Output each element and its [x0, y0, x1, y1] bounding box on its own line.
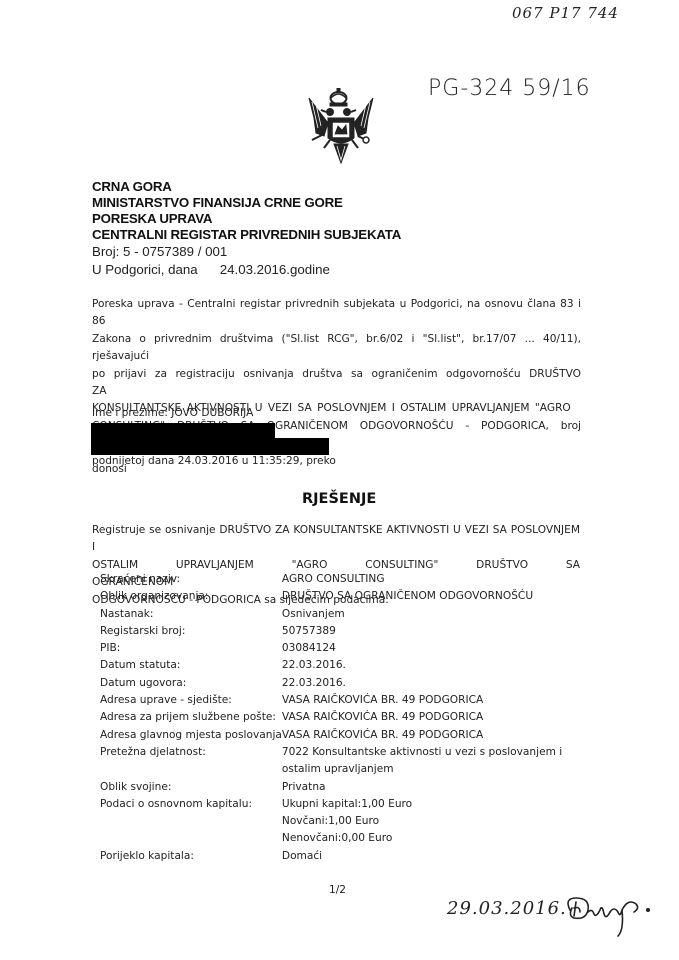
- field-row: PIB:03084124: [100, 640, 622, 657]
- intro-line: Poreska uprava - Centralni registar priv…: [92, 296, 581, 331]
- intro-line: po prijavi za registraciju osnivanja dru…: [92, 366, 581, 401]
- redacted-block: [91, 438, 329, 455]
- page-number: 1/2: [329, 882, 346, 899]
- field-row: Registarski broj:50757389: [100, 623, 622, 640]
- field-value-line: Ukupni kapital:1,00 Euro: [282, 796, 622, 813]
- field-value: Osnivanjem: [282, 606, 622, 623]
- header-country: CRNA GORA: [92, 179, 401, 195]
- field-label: Oblik organizovanja:: [100, 588, 282, 605]
- field-value-line: Osnivanjem: [282, 606, 622, 623]
- handwritten-case-number: PG-324 59/16: [428, 76, 591, 101]
- field-value-line: 03084124: [282, 640, 622, 657]
- field-value-line: Domaći: [282, 848, 622, 865]
- field-value-line: DRUŠTVO SA OGRANIČENOM ODGOVORNOŠĆU: [282, 588, 622, 605]
- field-value-line: Privatna: [282, 779, 622, 796]
- field-value: Domaći: [282, 848, 622, 865]
- handwritten-date: 29.03.2016.: [447, 898, 567, 919]
- field-row: Podaci o osnovnom kapitalu:Ukupni kapita…: [100, 796, 622, 848]
- field-row: Adresa uprave - sjedište:VASA RAIČKOVIĆA…: [100, 692, 622, 709]
- header-tax-authority: PORESKA UPRAVA: [92, 211, 401, 227]
- registration-details: Skraćeni naziv:AGRO CONSULTINGOblik orga…: [100, 571, 622, 865]
- redacted-block: [91, 423, 275, 439]
- applicant-name: Ime i prezime: JOVO DUBORIJA: [92, 405, 253, 422]
- field-value-line: VASA RAIČKOVIĆA BR. 49 PODGORICA: [282, 727, 622, 744]
- field-value-line: ostalim upravljanjem: [282, 761, 622, 778]
- field-label: Oblik svojine:: [100, 779, 282, 796]
- field-label: Pretežna djelatnost:: [100, 744, 282, 779]
- handwritten-reference: 067 P17 744: [512, 4, 619, 22]
- field-value-line: 50757389: [282, 623, 622, 640]
- field-label: Adresa glavnog mjesta poslovanja: [100, 727, 282, 744]
- field-value: Ukupni kapital:1,00 EuroNovčani:1,00 Eur…: [282, 796, 622, 848]
- field-value: VASA RAIČKOVIĆA BR. 49 PODGORICA: [282, 692, 622, 709]
- field-label: Datum ugovora:: [100, 675, 282, 692]
- field-label: Skraćeni naziv:: [100, 571, 282, 588]
- field-value: 7022 Konsultantske aktivnosti u vezi s p…: [282, 744, 622, 779]
- field-row: Porijeklo kapitala:Domaći: [100, 848, 622, 865]
- field-row: Pretežna djelatnost:7022 Konsultantske a…: [100, 744, 622, 779]
- field-label: Adresa uprave - sjedište:: [100, 692, 282, 709]
- issue-date: 24.03.2016.godine: [220, 262, 330, 277]
- field-label: Porijeklo kapitala:: [100, 848, 282, 865]
- field-row: Skraćeni naziv:AGRO CONSULTING: [100, 571, 622, 588]
- field-label: Datum statuta:: [100, 657, 282, 674]
- field-value: 03084124: [282, 640, 622, 657]
- intro-line: podnijetoj dana 24.03.2016 u 11:35:29, p…: [92, 453, 581, 470]
- decision-line: Registruje se osnivanje DRUŠTVO ZA KONSU…: [92, 522, 580, 557]
- field-row: Datum statuta:22.03.2016.: [100, 657, 622, 674]
- field-value-line: VASA RAIČKOVIĆA BR. 49 PODGORICA: [282, 709, 622, 726]
- field-value-line: VASA RAIČKOVIĆA BR. 49 PODGORICA: [282, 692, 622, 709]
- field-value: DRUŠTVO SA OGRANIČENOM ODGOVORNOŠĆU: [282, 588, 622, 605]
- letterhead: CRNA GORA MINISTARSTVO FINANSIJA CRNE GO…: [92, 179, 401, 278]
- field-value: 50757389: [282, 623, 622, 640]
- field-row: Adresa glavnog mjesta poslovanjaVASA RAI…: [100, 727, 622, 744]
- field-row: Adresa za prijem službene pošte:VASA RAI…: [100, 709, 622, 726]
- field-row: Nastanak:Osnivanjem: [100, 606, 622, 623]
- issues-text: donosi: [92, 461, 127, 478]
- decision-title: RJEŠENJE: [302, 491, 376, 507]
- field-row: Oblik svojine:Privatna: [100, 779, 622, 796]
- field-value: Privatna: [282, 779, 622, 796]
- field-label: PIB:: [100, 640, 282, 657]
- field-label: Registarski broj:: [100, 623, 282, 640]
- place-label: U Podgorici, dana: [92, 262, 198, 277]
- document-number: Broj: 5 - 0757389 / 001: [92, 243, 401, 260]
- field-value-line: 22.03.2016.: [282, 657, 622, 674]
- field-value: AGRO CONSULTING: [282, 571, 622, 588]
- signature-icon: [562, 890, 662, 940]
- field-value-line: 22.03.2016.: [282, 675, 622, 692]
- intro-line: Zakona o privrednim društvima ("Sl.list …: [92, 331, 581, 366]
- header-registry: CENTRALNI REGISTAR PRIVREDNIH SUBJEKATA: [92, 227, 401, 243]
- field-value-line: Nenovčani:0,00 Euro: [282, 830, 622, 847]
- place-date: U Podgorici, dana24.03.2016.godine: [92, 261, 401, 278]
- field-value: 22.03.2016.: [282, 657, 622, 674]
- field-value-line: Novčani:1,00 Euro: [282, 813, 622, 830]
- field-label: Adresa za prijem službene pošte:: [100, 709, 282, 726]
- field-value: VASA RAIČKOVIĆA BR. 49 PODGORICA: [282, 709, 622, 726]
- field-value-line: 7022 Konsultantske aktivnosti u vezi s p…: [282, 744, 622, 761]
- field-row: Datum ugovora:22.03.2016.: [100, 675, 622, 692]
- field-label: Nastanak:: [100, 606, 282, 623]
- header-ministry: MINISTARSTVO FINANSIJA CRNE GORE: [92, 195, 401, 211]
- field-value: VASA RAIČKOVIĆA BR. 49 PODGORICA: [282, 727, 622, 744]
- field-row: Oblik organizovanja:DRUŠTVO SA OGRANIČEN…: [100, 588, 622, 605]
- field-label: Podaci o osnovnom kapitalu:: [100, 796, 282, 848]
- coat-of-arms-icon: [304, 88, 378, 166]
- field-value-line: AGRO CONSULTING: [282, 571, 622, 588]
- field-value: 22.03.2016.: [282, 675, 622, 692]
